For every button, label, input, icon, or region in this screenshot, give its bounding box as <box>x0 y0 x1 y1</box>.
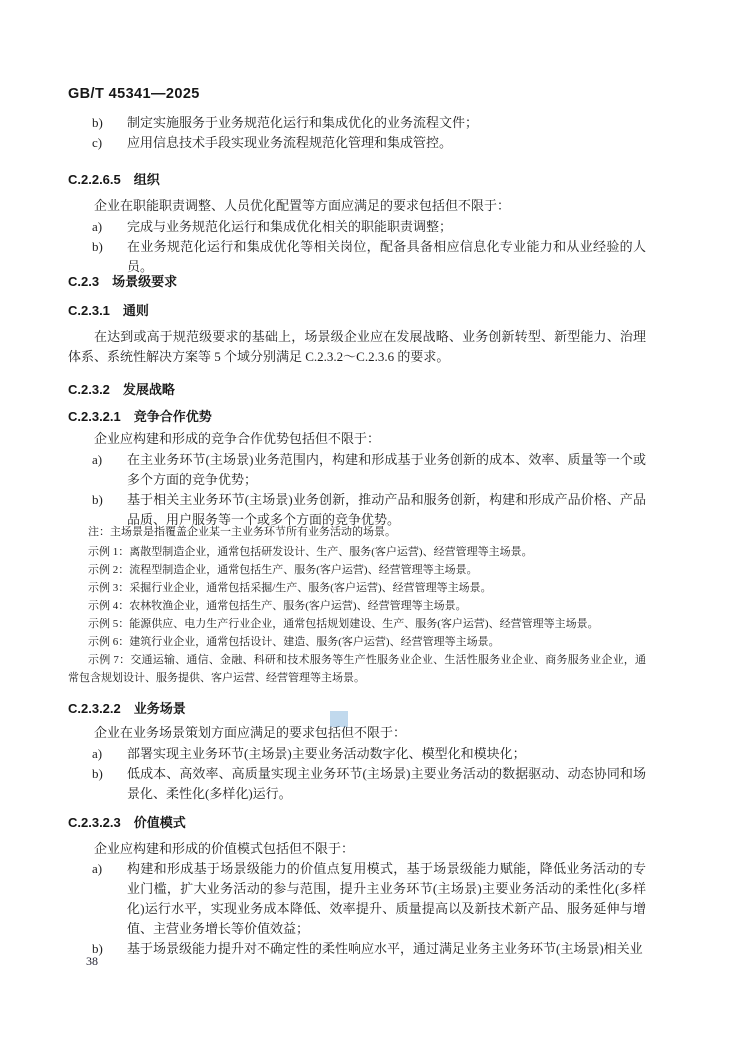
list-text: 制定实施服务于业务规范化运行和集成优化的业务流程文件； <box>127 115 478 130</box>
list-text: 基于相关主业务环节(主场景)业务创新，推动产品和服务创新，构建和形成产品价格、产… <box>127 492 646 527</box>
list-marker: b) <box>92 113 103 133</box>
example-item: 示例 5：能源供应、电力生产行业企业，通常包括规划建设、生产、服务(客户运营)、… <box>68 615 646 633</box>
section-heading-c232: C.2.3.2 发展战略 <box>68 379 646 398</box>
section-heading-c2322: C.2.3.2.2 业务场景 <box>68 698 646 717</box>
list-marker: a) <box>92 859 102 879</box>
example-item: 示例 2：流程型制造企业，通常包括生产、服务(客户运营)、经营管理等主场景。 <box>68 561 646 579</box>
list-text: 构建和形成基于场景级能力的价值点复用模式，基于场景级能力赋能，降低业务活动的专业… <box>127 861 646 936</box>
list-c2323: a) 构建和形成基于场景级能力的价值点复用模式，基于场景级能力赋能，降低业务活动… <box>68 859 646 959</box>
list-marker: a) <box>92 217 102 237</box>
paragraph-c2323-intro: 企业应构建和形成的价值模式包括但不限于： <box>68 839 646 859</box>
list-marker: a) <box>92 450 102 470</box>
example-item: 示例 7：交通运输、通信、金融、科研和技术服务等生产性服务业企业、生活性服务业企… <box>68 651 646 687</box>
list-item: c) 应用信息技术手段实现业务流程规范化管理和集成管控。 <box>68 133 646 153</box>
section-heading-c2265: C.2.2.6.5 组织 <box>68 169 646 188</box>
list-text: 在主业务环节(主场景)业务范围内，构建和形成基于业务创新的成本、效率、质量等一个… <box>127 452 646 487</box>
list-c2322: a) 部署实现主业务环节(主场景)主要业务活动数字化、模型化和模块化； b) 低… <box>68 744 646 804</box>
example-item: 示例 1：离散型制造企业，通常包括研发设计、生产、服务(客户运营)、经营管理等主… <box>68 543 646 561</box>
paragraph-c2322-intro: 企业在业务场景策划方面应满足的要求包括但不限于： <box>68 723 646 743</box>
list-item: a) 构建和形成基于场景级能力的价值点复用模式，基于场景级能力赋能，降低业务活动… <box>68 859 646 939</box>
list-text: 完成与业务规范化运行和集成优化相关的职能职责调整； <box>127 219 452 234</box>
list-item: b) 制定实施服务于业务规范化运行和集成优化的业务流程文件； <box>68 113 646 133</box>
examples-block: 示例 1：离散型制造企业，通常包括研发设计、生产、服务(客户运营)、经营管理等主… <box>68 543 646 687</box>
section-heading-c2321: C.2.3.2.1 竞争合作优势 <box>68 406 646 425</box>
list-text: 部署实现主业务环节(主场景)主要业务活动数字化、模型化和模块化； <box>127 746 526 761</box>
list-text: 基于场景级能力提升对不确定性的柔性响应水平，通过满足业务主业务环节(主场景)相关… <box>127 941 643 956</box>
list-c2321: a) 在主业务环节(主场景)业务范围内，构建和形成基于业务创新的成本、效率、质量… <box>68 450 646 530</box>
list-marker: a) <box>92 744 102 764</box>
list-marker: b) <box>92 490 103 510</box>
running-header-document-number: GB/T 45341—2025 <box>68 86 646 102</box>
list-marker: c) <box>92 133 102 153</box>
section-heading-c231: C.2.3.1 通则 <box>68 300 646 319</box>
page-number: 38 <box>86 954 98 969</box>
list-c2265: a) 完成与业务规范化运行和集成优化相关的职能职责调整； b) 在业务规范化运行… <box>68 217 646 277</box>
example-item: 示例 4：农林牧渔企业，通常包括生产、服务(客户运营)、经营管理等主场景。 <box>68 597 646 615</box>
list-item: b) 基于场景级能力提升对不确定性的柔性响应水平，通过满足业务主业务环节(主场景… <box>68 939 646 959</box>
list-item: b) 低成本、高效率、高质量实现主业务环节(主场景)主要业务活动的数据驱动、动态… <box>68 764 646 804</box>
list-item: a) 完成与业务规范化运行和集成优化相关的职能职责调整； <box>68 217 646 237</box>
list-text: 在业务规范化运行和集成优化等相关岗位，配备具备相应信息化专业能力和从业经验的人员… <box>127 239 646 274</box>
list-continuation: b) 制定实施服务于业务规范化运行和集成优化的业务流程文件； c) 应用信息技术… <box>68 113 646 153</box>
section-heading-c2323: C.2.3.2.3 价值模式 <box>68 812 646 831</box>
list-item: a) 在主业务环节(主场景)业务范围内，构建和形成基于业务创新的成本、效率、质量… <box>68 450 646 490</box>
paragraph-c2265-intro: 企业在职能职责调整、人员优化配置等方面应满足的要求包括但不限于： <box>68 196 646 216</box>
section-heading-c23: C.2.3 场景级要求 <box>68 271 646 290</box>
list-text: 应用信息技术手段实现业务流程规范化管理和集成管控。 <box>127 135 452 150</box>
note: 注：主场景是指覆盖企业某一主业务环节所有业务活动的场景。 <box>68 523 646 541</box>
list-text: 低成本、高效率、高质量实现主业务环节(主场景)主要业务活动的数据驱动、动态协同和… <box>127 766 646 801</box>
list-marker: b) <box>92 764 103 784</box>
paragraph-c231-body: 在达到或高于规范级要求的基础上，场景级企业应在发展战略、业务创新转型、新型能力、… <box>68 327 646 367</box>
list-marker: b) <box>92 237 103 257</box>
paragraph-c2321-intro: 企业应构建和形成的竞争合作优势包括但不限于： <box>68 429 646 449</box>
example-item: 示例 6：建筑行业企业，通常包括设计、建造、服务(客户运营)、经营管理等主场景。 <box>68 633 646 651</box>
scan-highlight-artifact <box>330 711 348 727</box>
example-item: 示例 3：采掘行业企业，通常包括采掘/生产、服务(客户运营)、经营管理等主场景。 <box>68 579 646 597</box>
list-item: a) 部署实现主业务环节(主场景)主要业务活动数字化、模型化和模块化； <box>68 744 646 764</box>
document-page: { "page": { "header": "GB/T 45341—2025",… <box>0 0 731 1039</box>
